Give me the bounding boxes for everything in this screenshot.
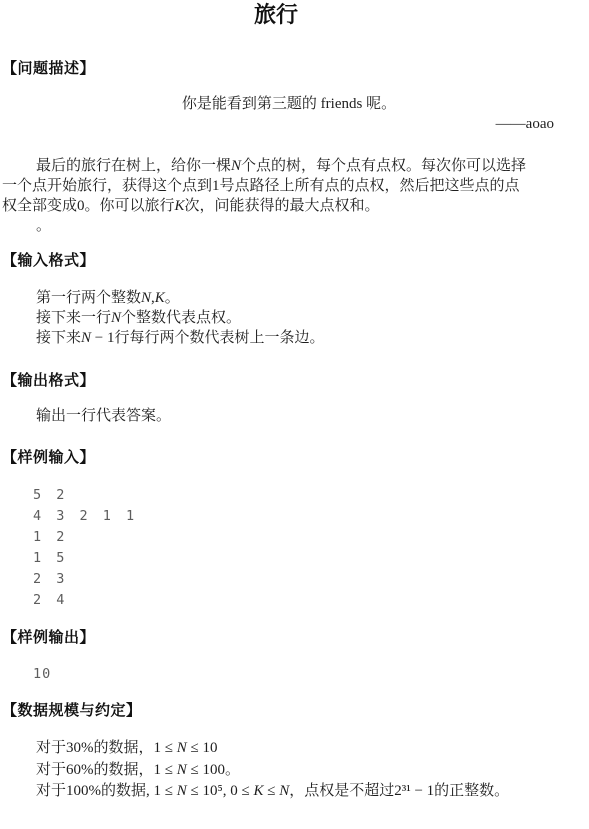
input-format-paragraph: 第一行两个整数N,K。 接下来一行N个整数代表点权。 接下来N − 1行每行两个… [2, 288, 555, 348]
problem-statement-page: 旅行 【问题描述】 你是能看到第三题的 friends 呢。 ——aoao 最后… [0, 0, 589, 829]
sample-input-code-block: 5 2 4 3 2 1 1 1 2 1 5 2 3 2 4 [33, 485, 586, 611]
input-format-line-1: 第一行两个整数N,K。 [2, 288, 555, 308]
input-format-line-3: 接下来N − 1行每行两个数代表树上一条边。 [2, 328, 555, 348]
constraints-paragraph: 对于30%的数据，1 ≤ N ≤ 10 对于60%的数据，1 ≤ N ≤ 100… [2, 738, 555, 803]
sample-input-line-3: 1 2 [33, 527, 586, 548]
sample-output-line-1: 10 [33, 664, 586, 685]
output-format-paragraph: 输出一行代表答案。 [2, 406, 555, 426]
section-header-sample-input: 【样例输入】 [2, 449, 95, 466]
sample-input-line-5: 2 3 [33, 569, 586, 590]
constraints-line-3: 对于100%的数据, 1 ≤ N ≤ 10⁵, 0 ≤ K ≤ N，点权是不超过… [2, 781, 555, 803]
sample-input-line-2: 4 3 2 1 1 [33, 506, 586, 527]
section-header-input-format: 【输入格式】 [2, 252, 95, 269]
problem-paragraph: 最后的旅行在树上，给你一棵N个点的树，每个点有点权。每次你可以选择 一个点开始旅… [2, 156, 555, 236]
constraints-line-2: 对于60%的数据，1 ≤ N ≤ 100。 [2, 760, 555, 782]
sample-input-line-6: 2 4 [33, 590, 586, 611]
sample-input-line-4: 1 5 [33, 548, 586, 569]
sample-output-code-block: 10 [33, 664, 586, 685]
paragraph-line-3: 权全部变成0。你可以旅行K次，问能获得的最大点权和。 [2, 196, 555, 216]
sample-input-line-1: 5 2 [33, 485, 586, 506]
section-header-problem-description: 【问题描述】 [2, 60, 95, 77]
paragraph-line-2: 一个点开始旅行，获得这个点到1号点路径上所有点的点权，然后把这些点的点 [2, 176, 555, 196]
output-format-line-1: 输出一行代表答案。 [2, 406, 555, 426]
input-format-line-2: 接下来一行N个整数代表点权。 [2, 308, 555, 328]
page-title: 旅行 [0, 2, 552, 28]
section-header-constraints: 【数据规模与约定】 [2, 702, 142, 719]
quote-attribution: ——aoao [0, 114, 554, 134]
paragraph-line-4: 。 [2, 216, 555, 236]
section-header-sample-output: 【样例输出】 [2, 629, 95, 646]
section-header-output-format: 【输出格式】 [2, 372, 95, 389]
paragraph-line-1: 最后的旅行在树上，给你一棵N个点的树，每个点有点权。每次你可以选择 [2, 156, 555, 176]
constraints-line-1: 对于30%的数据，1 ≤ N ≤ 10 [2, 738, 555, 760]
quote-line: 你是能看到第三题的 friends 呢。 [0, 94, 578, 114]
